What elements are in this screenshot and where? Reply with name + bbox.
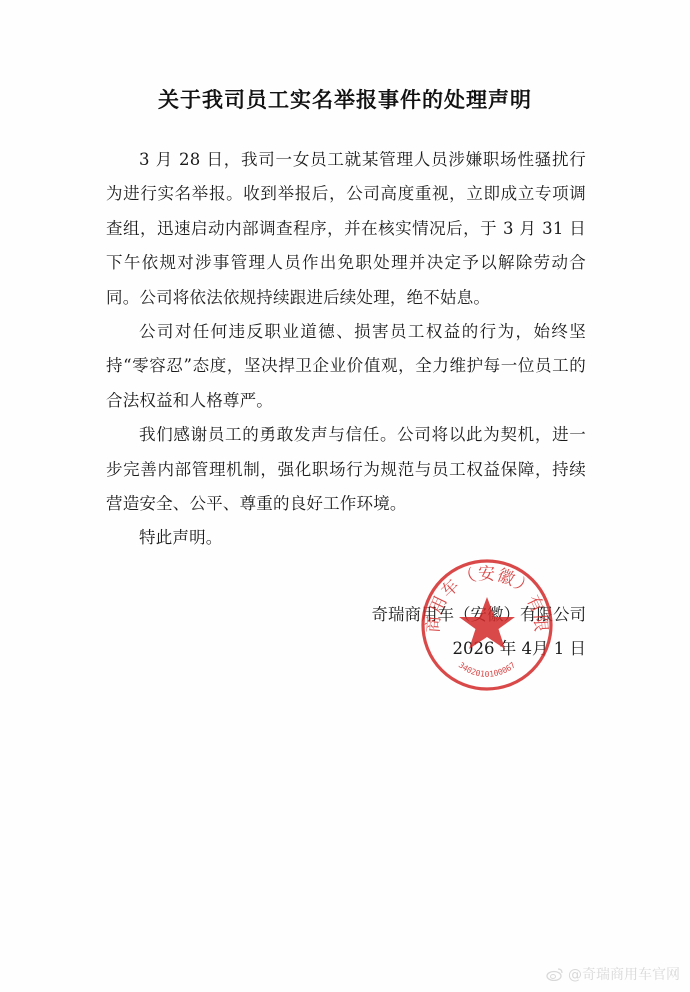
weibo-watermark: @奇瑞商用车官网: [546, 964, 680, 984]
paragraph-closing: 特此声明。: [106, 521, 586, 555]
document-body: 3 月 28 日，我司一女员工就某管理人员涉嫌职场性骚扰行为进行实名举报。收到举…: [106, 143, 586, 556]
document-title: 关于我司员工实名举报事件的处理声明: [0, 84, 690, 114]
document-page: 关于我司员工实名举报事件的处理声明 3 月 28 日，我司一女员工就某管理人员涉…: [0, 0, 690, 992]
weibo-icon: [546, 967, 564, 981]
paragraph-gratitude: 我们感谢员工的勇敢发声与信任。公司将以此为契机，进一步完善内部管理机制，强化职场…: [106, 418, 586, 521]
paragraph-incident: 3 月 28 日，我司一女员工就某管理人员涉嫌职场性骚扰行为进行实名举报。收到举…: [106, 143, 586, 315]
signature-block: 奇瑞商用车（安徽）有限公司 2026 年 4月 1 日: [372, 598, 587, 667]
signature-date: 2026 年 4月 1 日: [372, 632, 587, 666]
signature-company: 奇瑞商用车（安徽）有限公司: [372, 598, 587, 632]
paragraph-policy: 公司对任何违反职业道德、损害员工权益的行为，始终坚持“零容忍”态度，坚决捍卫企业…: [106, 315, 586, 418]
watermark-text: @奇瑞商用车官网: [568, 964, 680, 984]
